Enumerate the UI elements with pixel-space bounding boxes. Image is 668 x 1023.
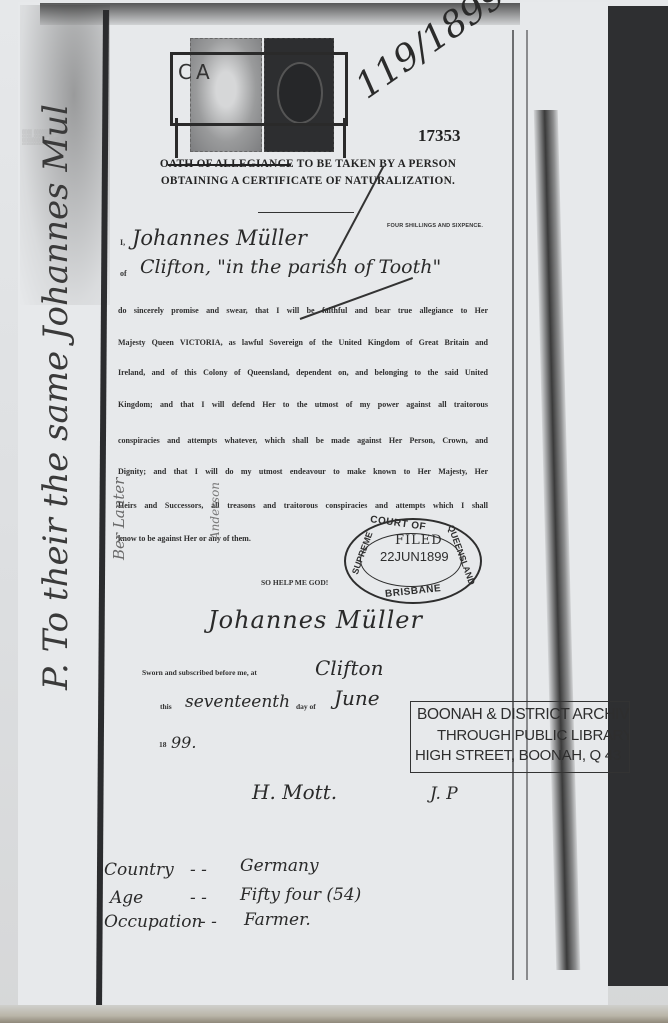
bottom-paper-edge <box>0 1005 668 1023</box>
stamp-duty-note: FOUR SHILLINGS AND SIXPENCE. <box>387 223 483 229</box>
year-suffix: 99. <box>171 733 196 752</box>
reference-number: 17353 <box>418 126 461 146</box>
right-rule-line <box>512 30 514 980</box>
detail-sep: - - <box>190 888 207 908</box>
justice-signature: H. Mott. <box>252 780 337 804</box>
year-prefix-text: 18 <box>159 740 167 749</box>
detail-value-occupation: Farmer. <box>244 910 311 930</box>
archive-line-2: THROUGH PUBLIC LIBRARY <box>437 727 630 744</box>
detail-label-occupation: Occupation <box>104 912 202 932</box>
archive-line-3: HIGH STREET, BOONAH, Q 43 <box>415 747 621 764</box>
detail-label-country: Country <box>104 860 174 880</box>
oath-line: Ireland, and of this Colony of Queenslan… <box>118 368 488 377</box>
seal-filed: FILED <box>395 533 443 548</box>
this-label: this <box>160 702 172 711</box>
prefix-i: I, <box>120 238 125 247</box>
cancellation-box-lower <box>175 118 346 158</box>
faint-margin-note: Anderson <box>208 482 222 540</box>
declarant-place: Clifton, "in the parish of Tooth" <box>140 256 441 278</box>
sworn-month: June <box>334 686 380 710</box>
year-prefix: 18 <box>159 740 167 749</box>
oath-line: Majesty Queen VICTORIA, as lawful Sovere… <box>118 338 488 347</box>
sworn-label: Sworn and subscribed before me, at <box>142 668 257 677</box>
sworn-day: seventeenth <box>185 692 290 712</box>
document-heading: OATH OF ALLEGIANCE TO BE TAKEN BY A PERS… <box>128 156 488 190</box>
archive-line-1: BOONAH & DISTRICT ARCHIVE <box>417 706 630 724</box>
vertical-margin-note: P. To their the same Johannes Mul <box>36 104 76 690</box>
justice-title: J. P <box>430 784 458 804</box>
detail-label-age: Age <box>110 888 143 908</box>
seal-date: 22JUN1899 <box>380 549 449 564</box>
archive-stamp: BOONAH & DISTRICT ARCHIVE THROUGH PUBLIC… <box>410 701 630 773</box>
oath-line: know to be against Her or any of them. <box>118 534 251 543</box>
sworn-place: Clifton <box>315 656 383 680</box>
fee-rule <box>258 212 354 213</box>
day-of-label: day of <box>296 702 316 711</box>
oath-line: Heirs and Successors, all treasons and t… <box>118 501 488 510</box>
cancellation-text: CA <box>178 60 214 84</box>
closing-phrase: SO HELP ME GOD! <box>261 578 328 587</box>
right-dark-edge <box>608 6 668 986</box>
prefix-of: of <box>120 269 127 278</box>
detail-sep: - - <box>200 912 217 932</box>
declarant-signature: Johannes Müller <box>208 606 423 634</box>
right-rule-line-2 <box>526 30 528 980</box>
oath-line: Dignity; and that I will do my utmost en… <box>118 467 488 476</box>
oath-line: conspiracies and attempts whatever, whic… <box>118 436 488 445</box>
faint-margin-note: Ber Lanter <box>110 478 128 560</box>
declarant-name: Johannes Müller <box>132 226 307 250</box>
detail-value-country: Germany <box>240 856 319 876</box>
detail-value-age: Fifty four (54) <box>240 885 361 905</box>
oath-line: Kingdom; and that I will defend Her to t… <box>118 400 488 409</box>
oath-line: do sincerely promise and swear, that I w… <box>118 306 488 315</box>
detail-sep: - - <box>190 860 207 880</box>
heading-line-2: OBTAINING A CERTIFICATE OF NATURALIZATIO… <box>128 173 488 190</box>
heading-strikethrough <box>168 164 291 166</box>
